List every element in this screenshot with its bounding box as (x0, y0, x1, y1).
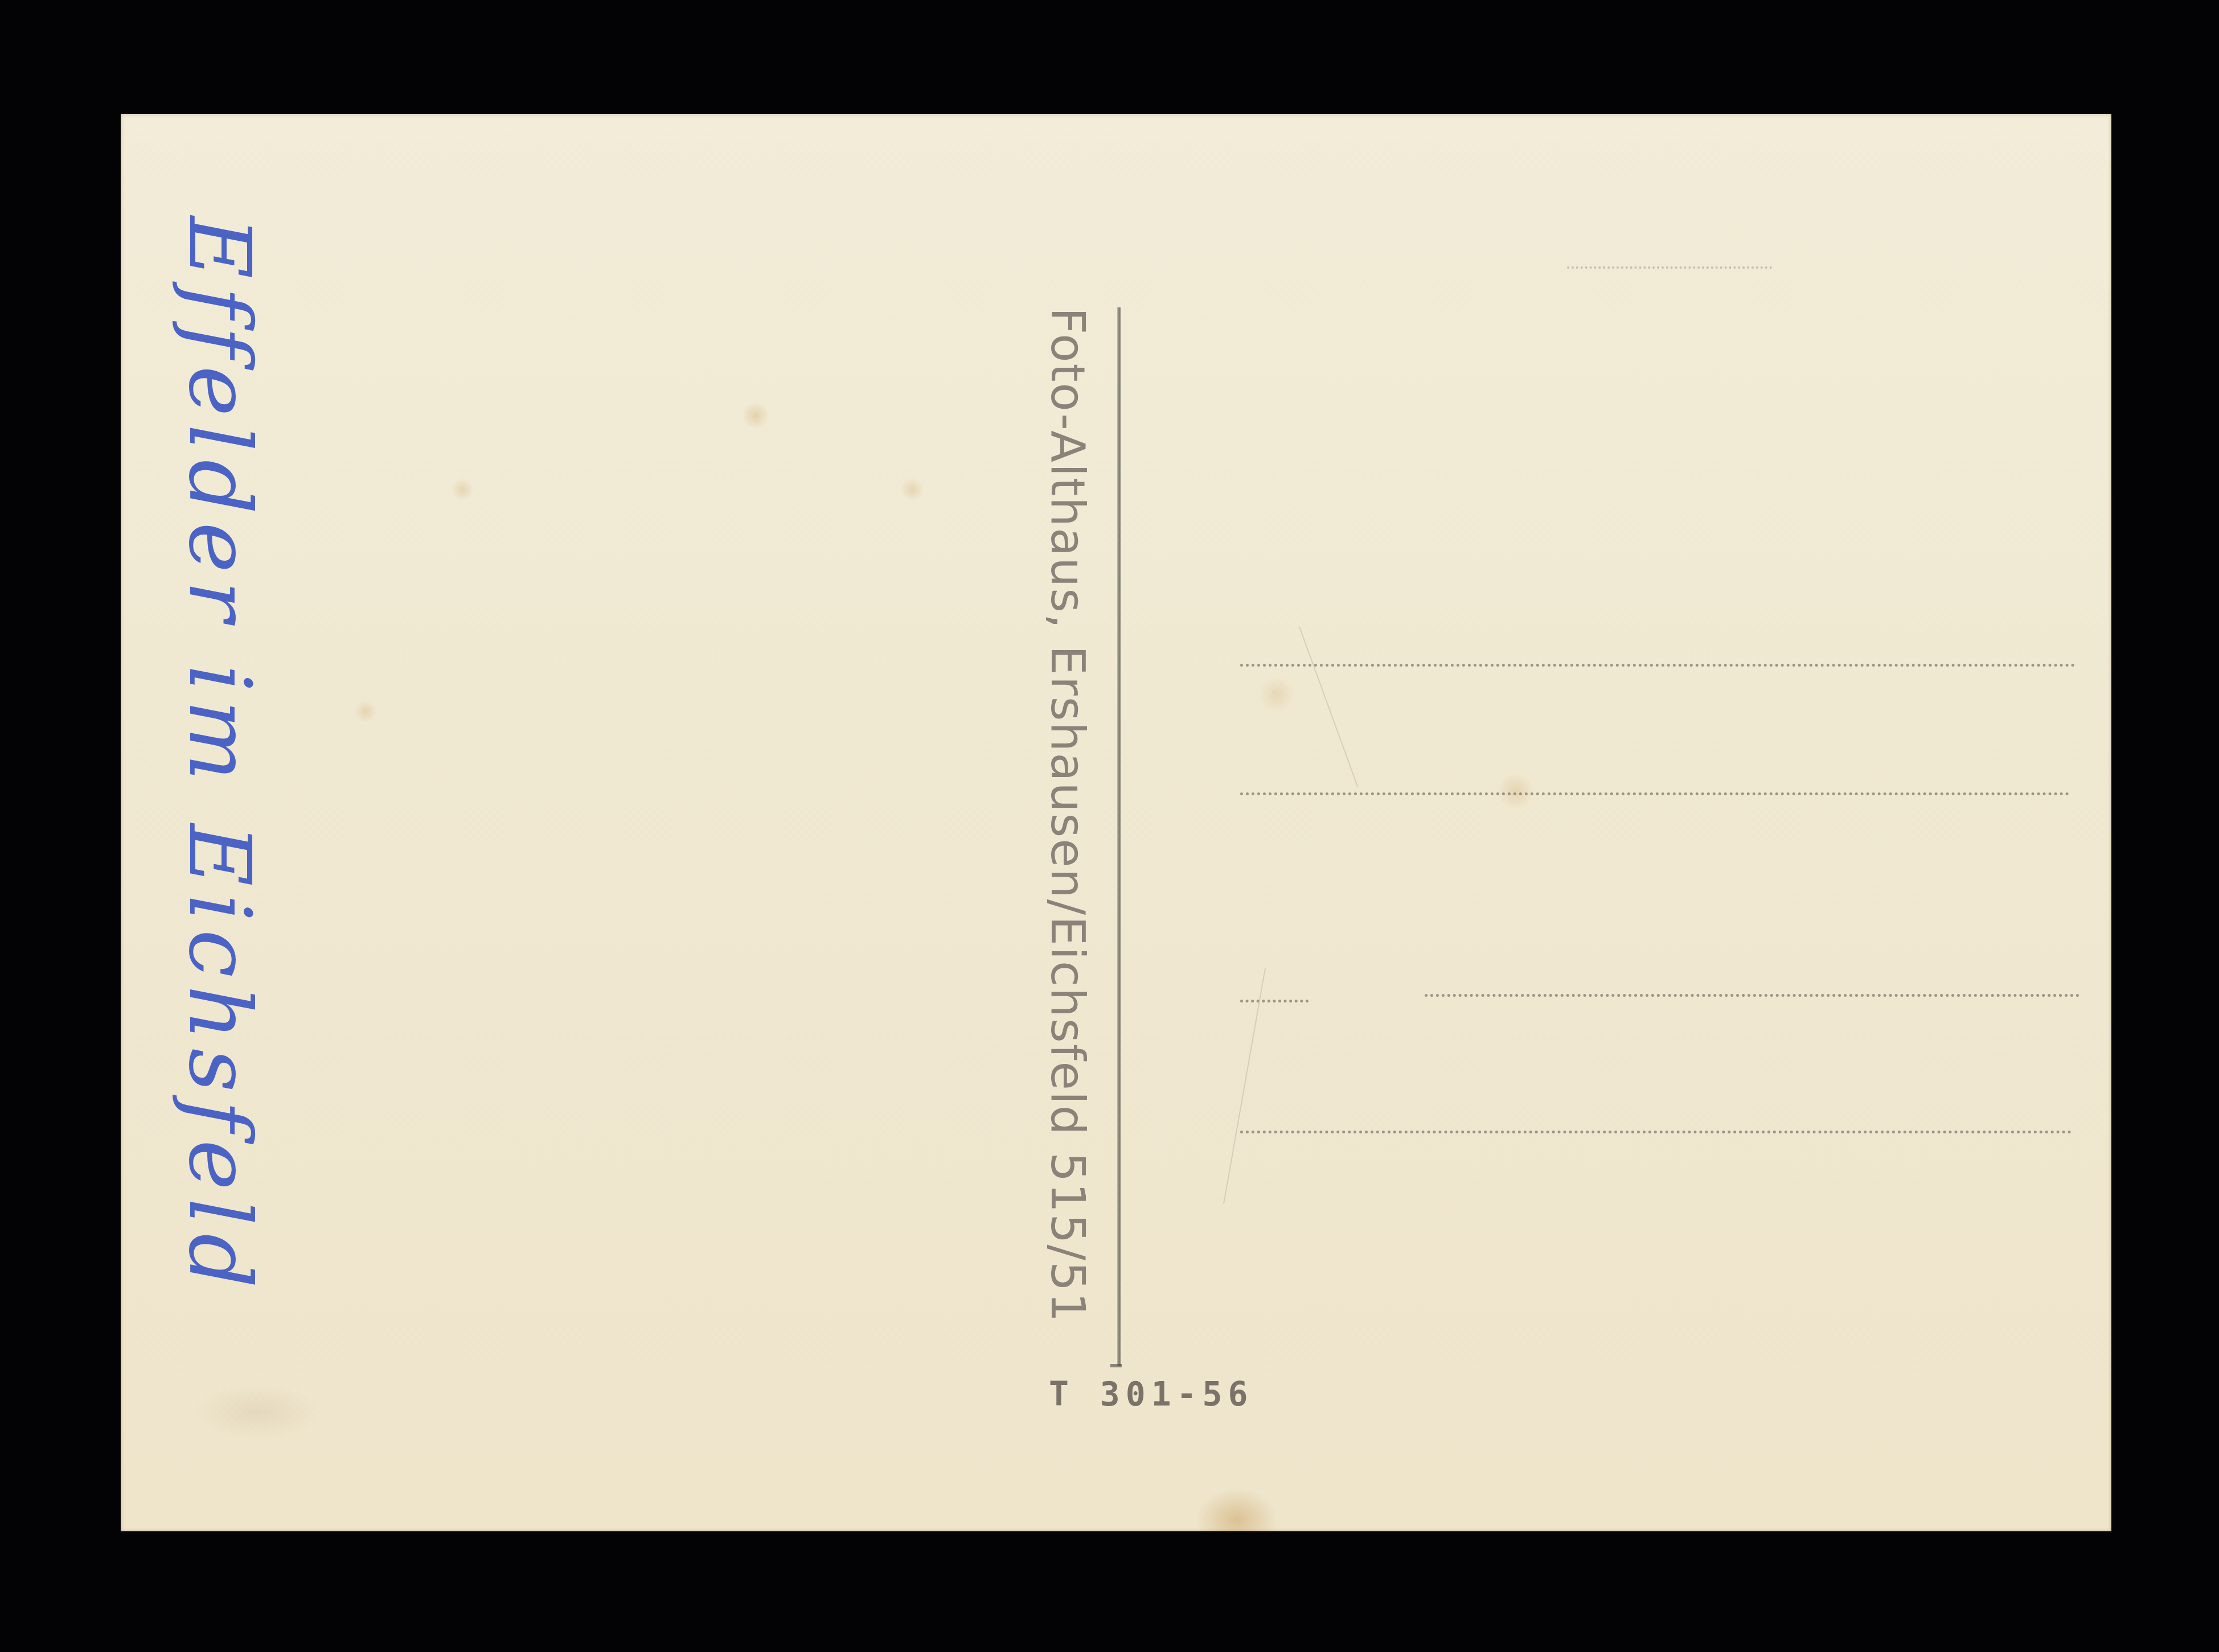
address-line-3 (1425, 994, 2079, 997)
address-line-3-prefix (1240, 1000, 1309, 1002)
address-line-4 (1240, 1131, 2072, 1133)
paper-crease (1299, 627, 1358, 788)
paper-crease (1223, 968, 1266, 1204)
stamp-divider-foot (1110, 1364, 1122, 1367)
handwritten-caption: Effelder im Eichsfeld (155, 216, 269, 1298)
catalog-code: T 301-56 (1049, 1375, 1253, 1413)
publisher-stamp-text: Foto-Althaus, Ershausen/Eichsfeld 515/51 (1032, 307, 1094, 1389)
stamp-box-marker (1567, 266, 1772, 269)
address-line-1 (1240, 664, 2075, 667)
postcard-back: Effelder im Eichsfeld Foto-Althaus, Ersh… (121, 114, 2111, 1531)
stamp-divider-line (1117, 307, 1121, 1366)
address-line-2 (1240, 792, 2069, 795)
